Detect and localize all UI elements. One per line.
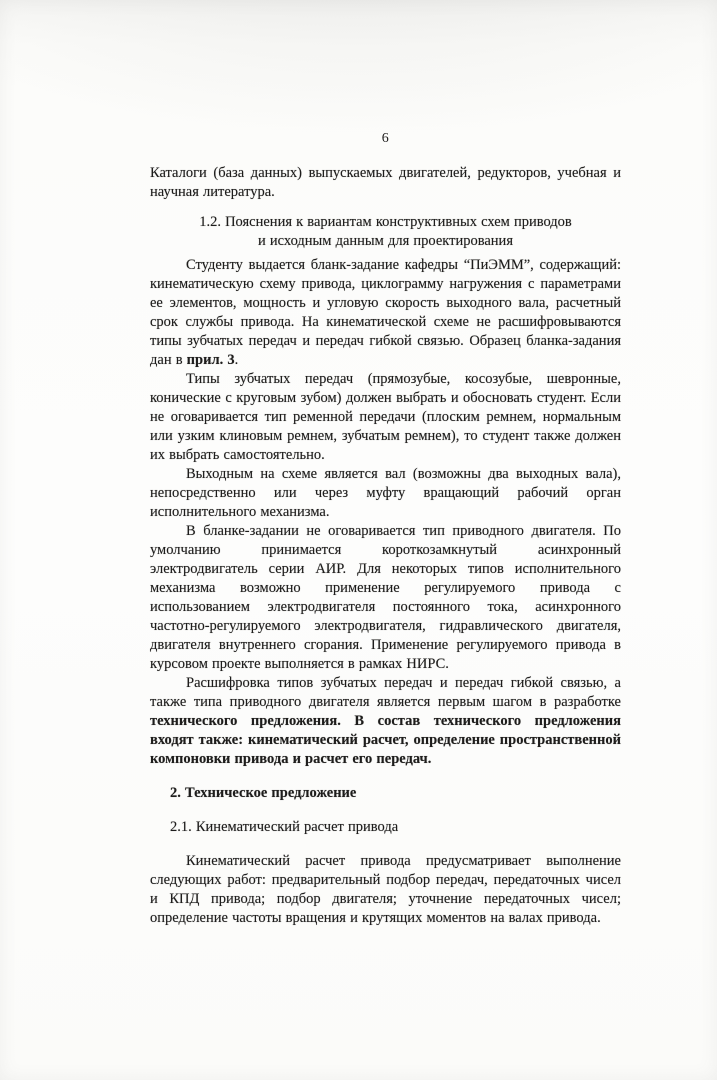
bold-text-segment: прил. 3 [187, 352, 235, 368]
heading-line: 1.2. Пояснения к вариантам конструктивны… [150, 213, 621, 232]
text-segment: Типы зубчатых передач (прямозубые, косоз… [150, 371, 621, 463]
text-segment: Выходным на схеме является вал (возможны… [150, 466, 621, 520]
paragraph: Выходным на схеме является вал (возможны… [150, 465, 621, 522]
paragraph: Расшифровка типов зубчатых передач и пер… [150, 674, 621, 769]
document-content: Каталоги (база данных) выпускаемых двига… [150, 164, 621, 928]
page-number: 6 [150, 131, 621, 147]
paragraph: Кинематический расчет привода предусматр… [150, 852, 621, 928]
text-segment: Расшифровка типов зубчатых передач и пер… [150, 675, 621, 710]
text-segment: Каталоги (база данных) выпускаемых двига… [150, 165, 621, 200]
paragraph: Студенту выдается бланк-задание кафедры … [150, 256, 621, 370]
text-segment: В бланке-задании не оговаривается тип пр… [150, 523, 621, 672]
text-segment: Кинематический расчет привода предусматр… [150, 853, 621, 926]
section-heading: 2.1. Кинематический расчет привода [150, 818, 621, 837]
paragraph: Типы зубчатых передач (прямозубые, косоз… [150, 370, 621, 465]
bold-text-segment: технического предложения. В состав техни… [150, 713, 621, 767]
paragraph: Каталоги (база данных) выпускаемых двига… [150, 164, 621, 202]
section-heading: 1.2. Пояснения к вариантам конструктивны… [150, 213, 621, 251]
section-heading: 2. Техническое предложение [150, 784, 621, 803]
text-segment: . [235, 352, 239, 368]
scanned-document-page: 6 Каталоги (база данных) выпускаемых дви… [0, 0, 717, 1080]
heading-line: и исходным данным для проектирования [150, 232, 621, 251]
paragraph: В бланке-задании не оговаривается тип пр… [150, 522, 621, 674]
